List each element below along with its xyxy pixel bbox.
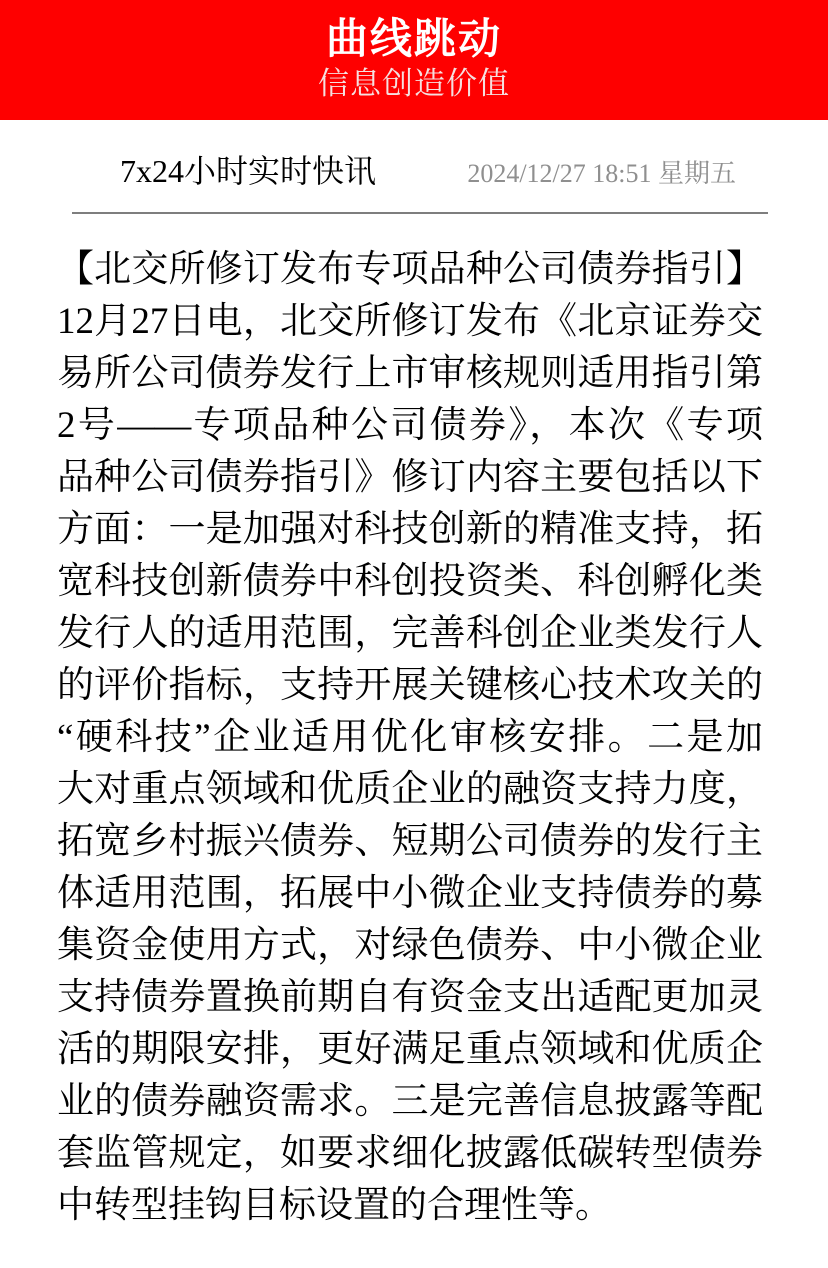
brand-banner: 曲线跳动 信息创造价值 xyxy=(0,0,828,120)
article-line: 业的债券融资需求。三是完善信息披露等配 xyxy=(57,1076,763,1128)
article-line: 品种公司债券指引》修订内容主要包括以下 xyxy=(57,452,763,504)
article-line: 中转型挂钩目标设置的合理性等。 xyxy=(57,1180,763,1232)
article-line: 【北交所修订发布专项品种公司债券指引】 xyxy=(57,244,763,296)
brand-title: 曲线跳动 xyxy=(0,15,828,65)
header-divider xyxy=(72,212,768,214)
article-line: 方面：一是加强对科技创新的精准支持，拓 xyxy=(57,504,763,556)
brand-slogan: 信息创造价值 xyxy=(0,65,828,103)
article-line: 体适用范围，拓展中小微企业支持债券的募 xyxy=(57,868,763,920)
article-line: 大对重点领域和优质企业的融资支持力度， xyxy=(57,764,763,816)
news-flash-page: 曲线跳动 信息创造价值 7x24小时实时快讯 2024/12/27 18:51 … xyxy=(0,0,828,1268)
channel-label: 7x24小时实时快讯 xyxy=(120,151,376,191)
timestamp-label: 2024/12/27 18:51 星期五 xyxy=(467,154,736,194)
article-line: 易所公司债券发行上市审核规则适用指引第 xyxy=(57,348,763,400)
article-line: 活的期限安排，更好满足重点领域和优质企 xyxy=(57,1024,763,1076)
article-line: “硬科技”企业适用优化审核安排。二是加 xyxy=(57,712,763,764)
article-line: 的评价指标，支持开展关键核心技术攻关的 xyxy=(57,660,763,712)
article-line: 套监管规定，如要求细化披露低碳转型债券 xyxy=(57,1128,763,1180)
article-body: 【北交所修订发布专项品种公司债券指引】 12月27日电，北交所修订发布《北京证券… xyxy=(57,244,763,1232)
article-line: 集资金使用方式，对绿色债券、中小微企业 xyxy=(57,920,763,972)
subheader-row: 7x24小时实时快讯 2024/12/27 18:51 星期五 xyxy=(0,151,828,194)
article-line: 2号——专项品种公司债券》，本次《专项 xyxy=(57,400,763,452)
article-line: 支持债券置换前期自有资金支出适配更加灵 xyxy=(57,972,763,1024)
article-line: 12月27日电，北交所修订发布《北京证券交 xyxy=(57,296,763,348)
article-line: 宽科技创新债券中科创投资类、科创孵化类 xyxy=(57,556,763,608)
article-line: 发行人的适用范围，完善科创企业类发行人 xyxy=(57,608,763,660)
article-line: 拓宽乡村振兴债券、短期公司债券的发行主 xyxy=(57,816,763,868)
